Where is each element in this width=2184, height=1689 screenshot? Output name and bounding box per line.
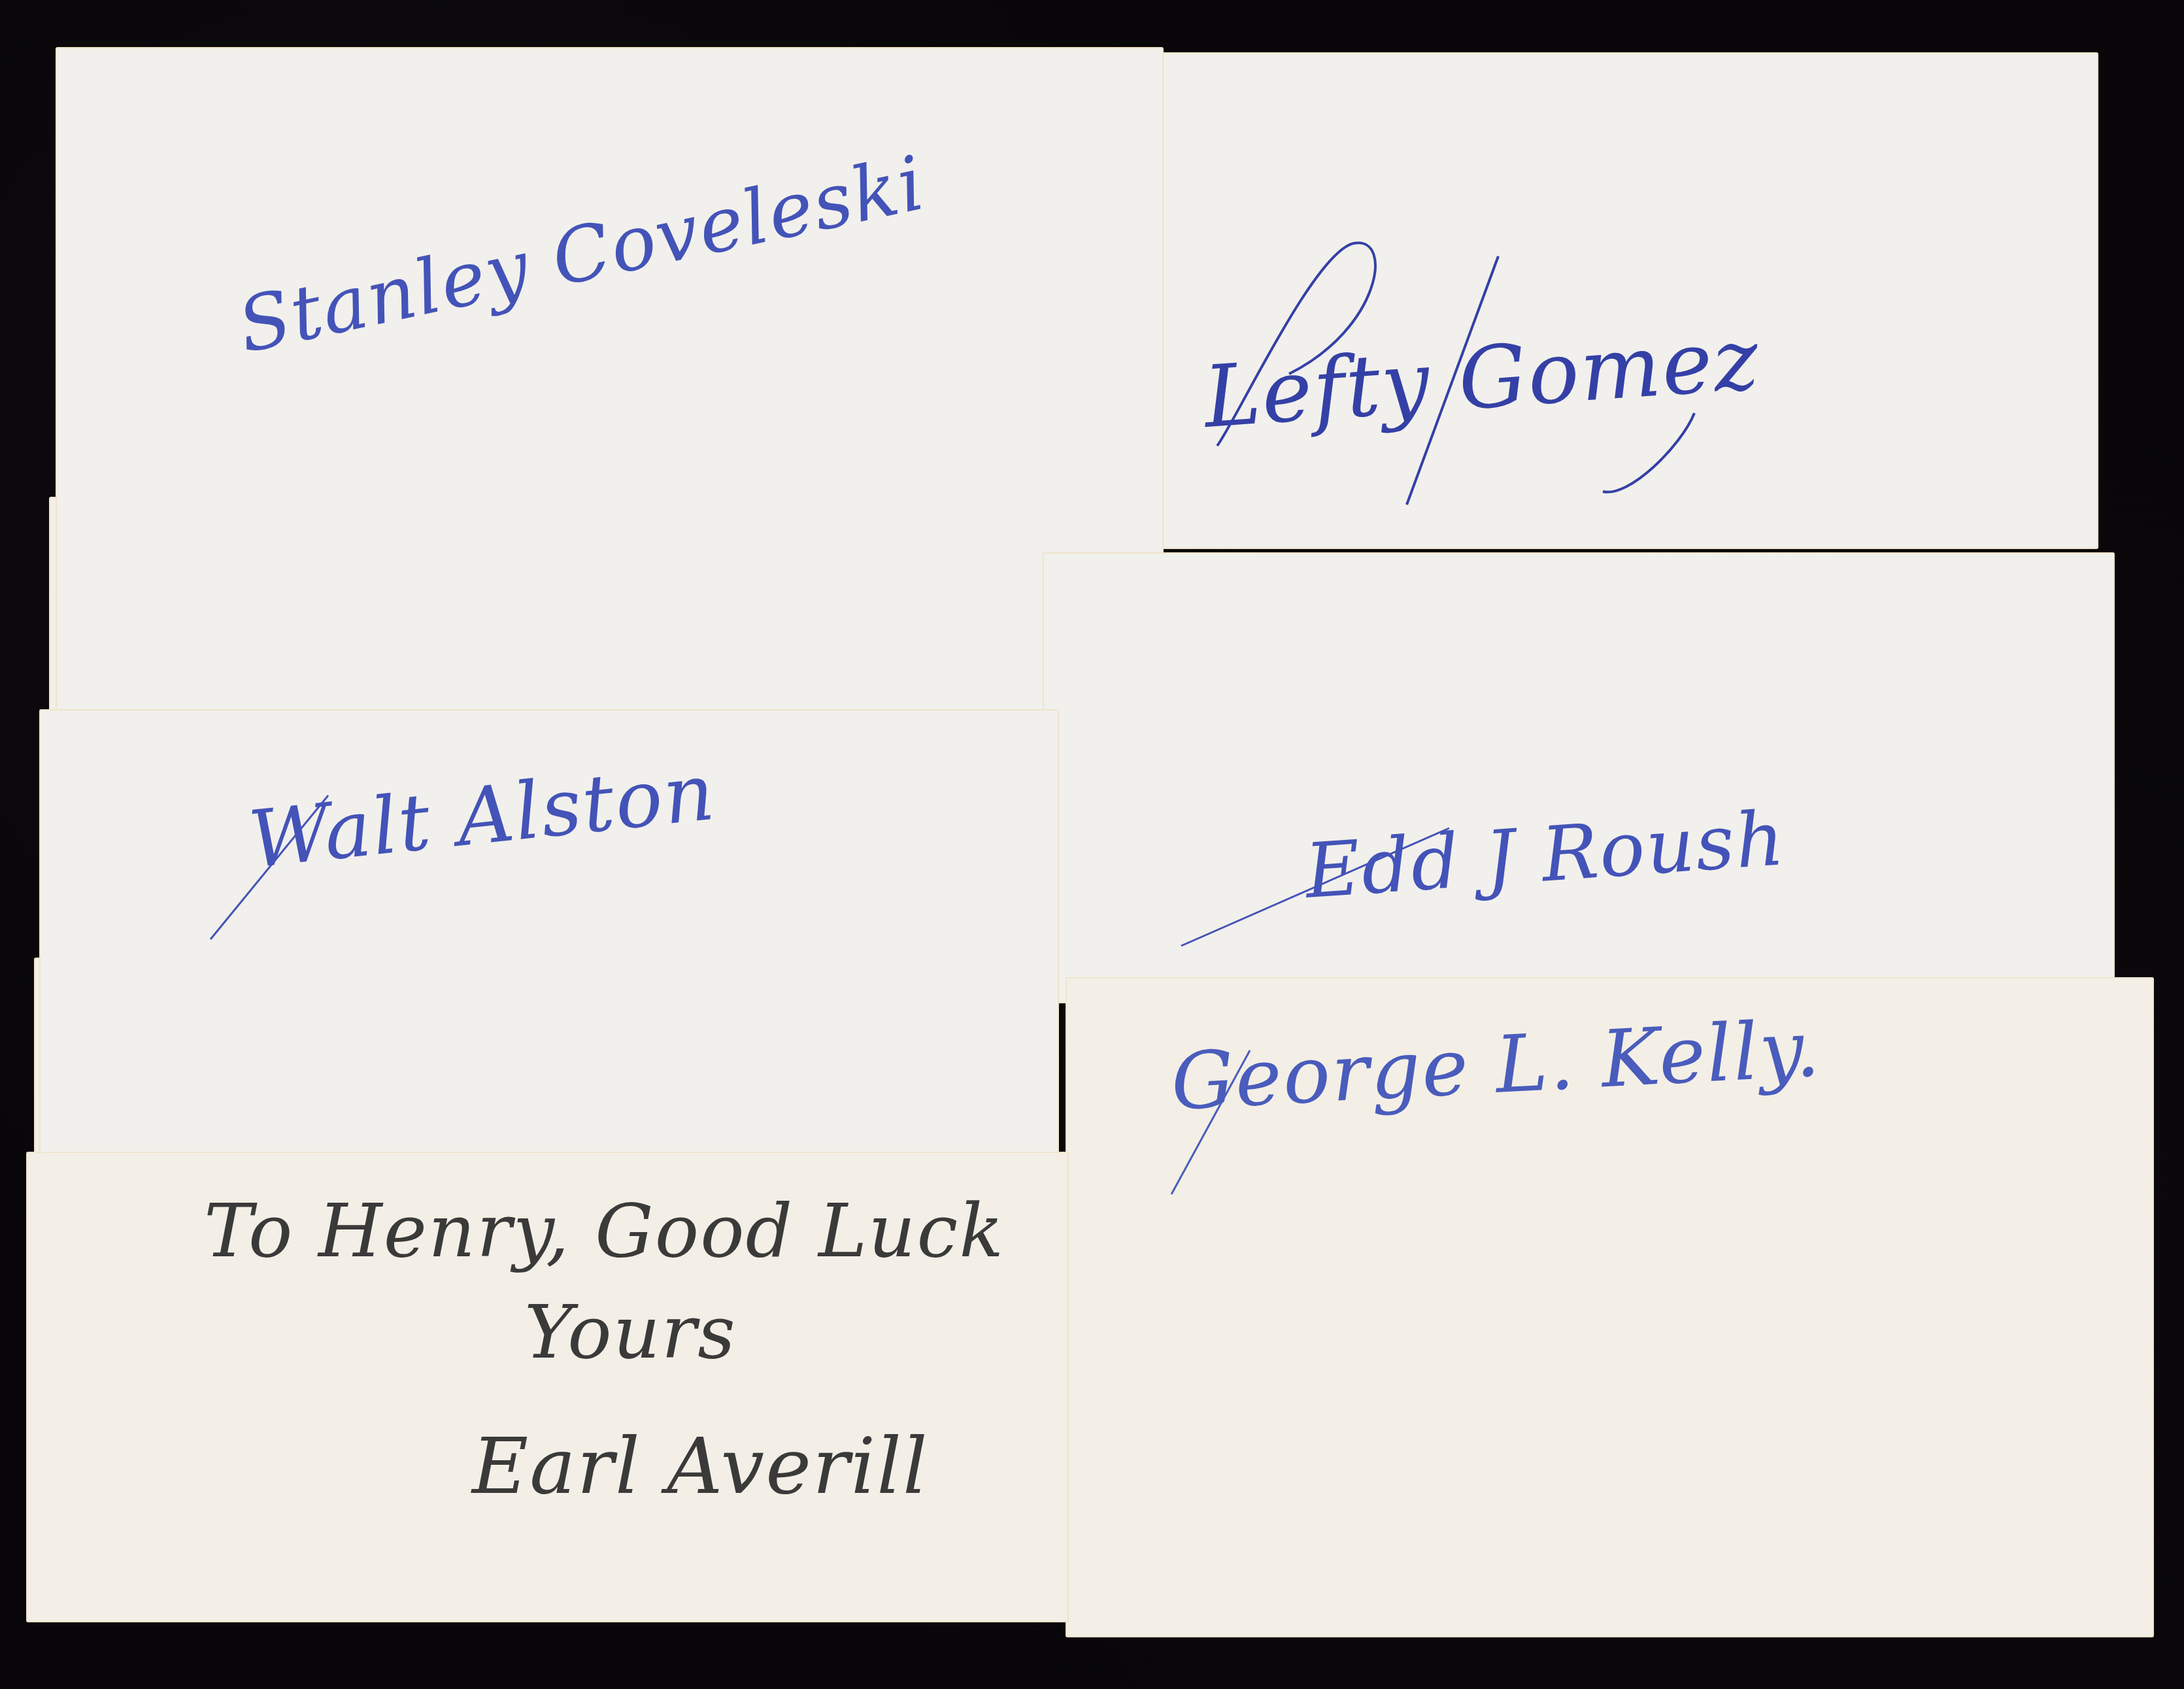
- card-walt-alston: Walt Alston: [39, 709, 1059, 1167]
- card-stanley-coveleski: Stanley Coveleski: [56, 47, 1164, 712]
- signature-flourish: [197, 782, 459, 978]
- signature-earl-averill: Earl Averill: [472, 1421, 929, 1511]
- card-earl-averill: To Henry, Good Luck Yours Earl Averill: [26, 1152, 1069, 1622]
- signature-flourish: [1211, 224, 1734, 550]
- signature-flourish: [1152, 1037, 1413, 1233]
- card-george-kelly: George L. Kelly.: [1066, 977, 2154, 1637]
- card-lefty-gomez: Lefty Gomez: [1026, 52, 2098, 549]
- inscription-line-2: Yours: [524, 1290, 737, 1375]
- signature-stanley-coveleski: Stanley Coveleski: [231, 139, 932, 370]
- card-edd-roush: Edd J Roush: [1043, 552, 2115, 1003]
- inscription-line-1: To Henry, Good Luck: [204, 1189, 1005, 1274]
